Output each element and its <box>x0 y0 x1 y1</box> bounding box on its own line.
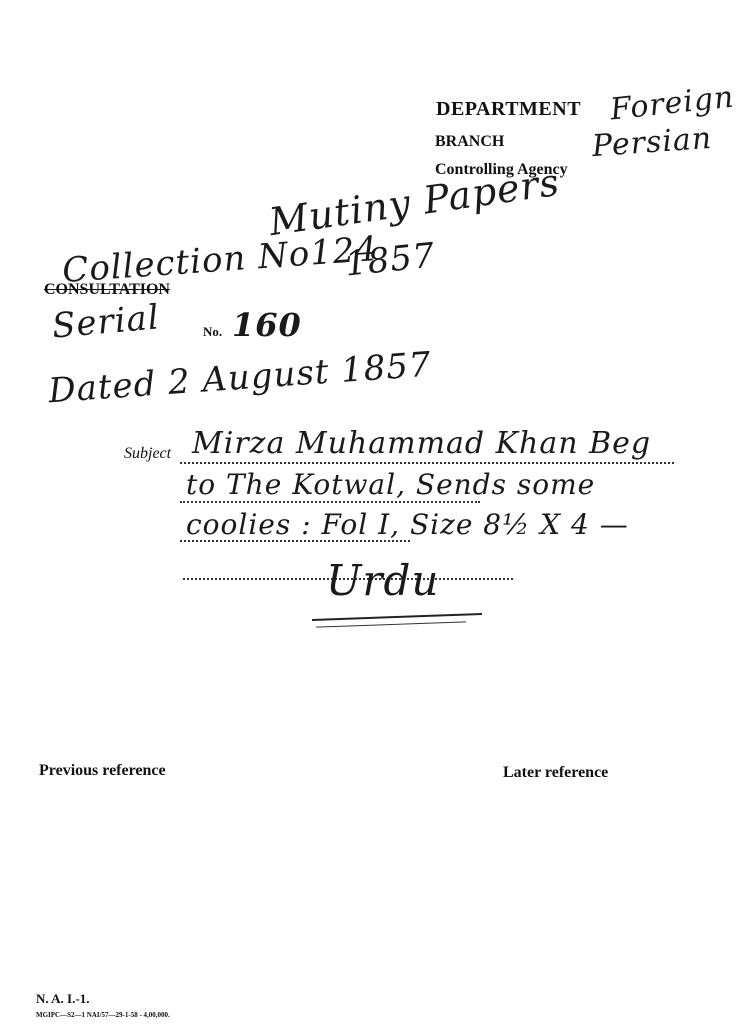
collection-title: Mutiny Papers <box>266 160 562 244</box>
serial-no-label: No. <box>203 324 222 340</box>
language-underline-2 <box>316 621 466 627</box>
print-line: MGIPC—S2—1 NAI/57—29-1-58 - 4,00,000. <box>36 1011 170 1019</box>
subject-label: Subject <box>124 445 171 463</box>
dated-text: Dated 2 August 1857 <box>47 345 433 412</box>
subject-line-1-rule <box>180 462 674 464</box>
subject-line-2: to The Kotwal, Sends some <box>186 468 595 501</box>
subject-line-2-rule <box>180 501 480 503</box>
branch-value: Persian <box>591 121 713 164</box>
serial-handwritten-label: Serial <box>50 297 161 346</box>
serial-number: 160 <box>232 306 302 344</box>
collection-year: 1857 <box>343 235 437 284</box>
later-reference-label: Later reference <box>503 764 608 782</box>
previous-reference-label: Previous reference <box>39 762 166 780</box>
language-underline <box>312 613 482 621</box>
department-label: DEPARTMENT <box>436 98 581 121</box>
subject-line-3: coolies : Fol I, Size 8½ X 4 — <box>186 508 629 541</box>
consultation-label: CONSULTATION <box>44 281 170 299</box>
branch-label: BRANCH <box>435 133 504 151</box>
department-value: Foreign <box>609 80 736 128</box>
form-id: N. A. I.-1. <box>36 991 89 1007</box>
language-text: Urdu <box>326 556 439 605</box>
subject-line-1: Mirza Muhammad Khan Beg <box>192 426 651 461</box>
